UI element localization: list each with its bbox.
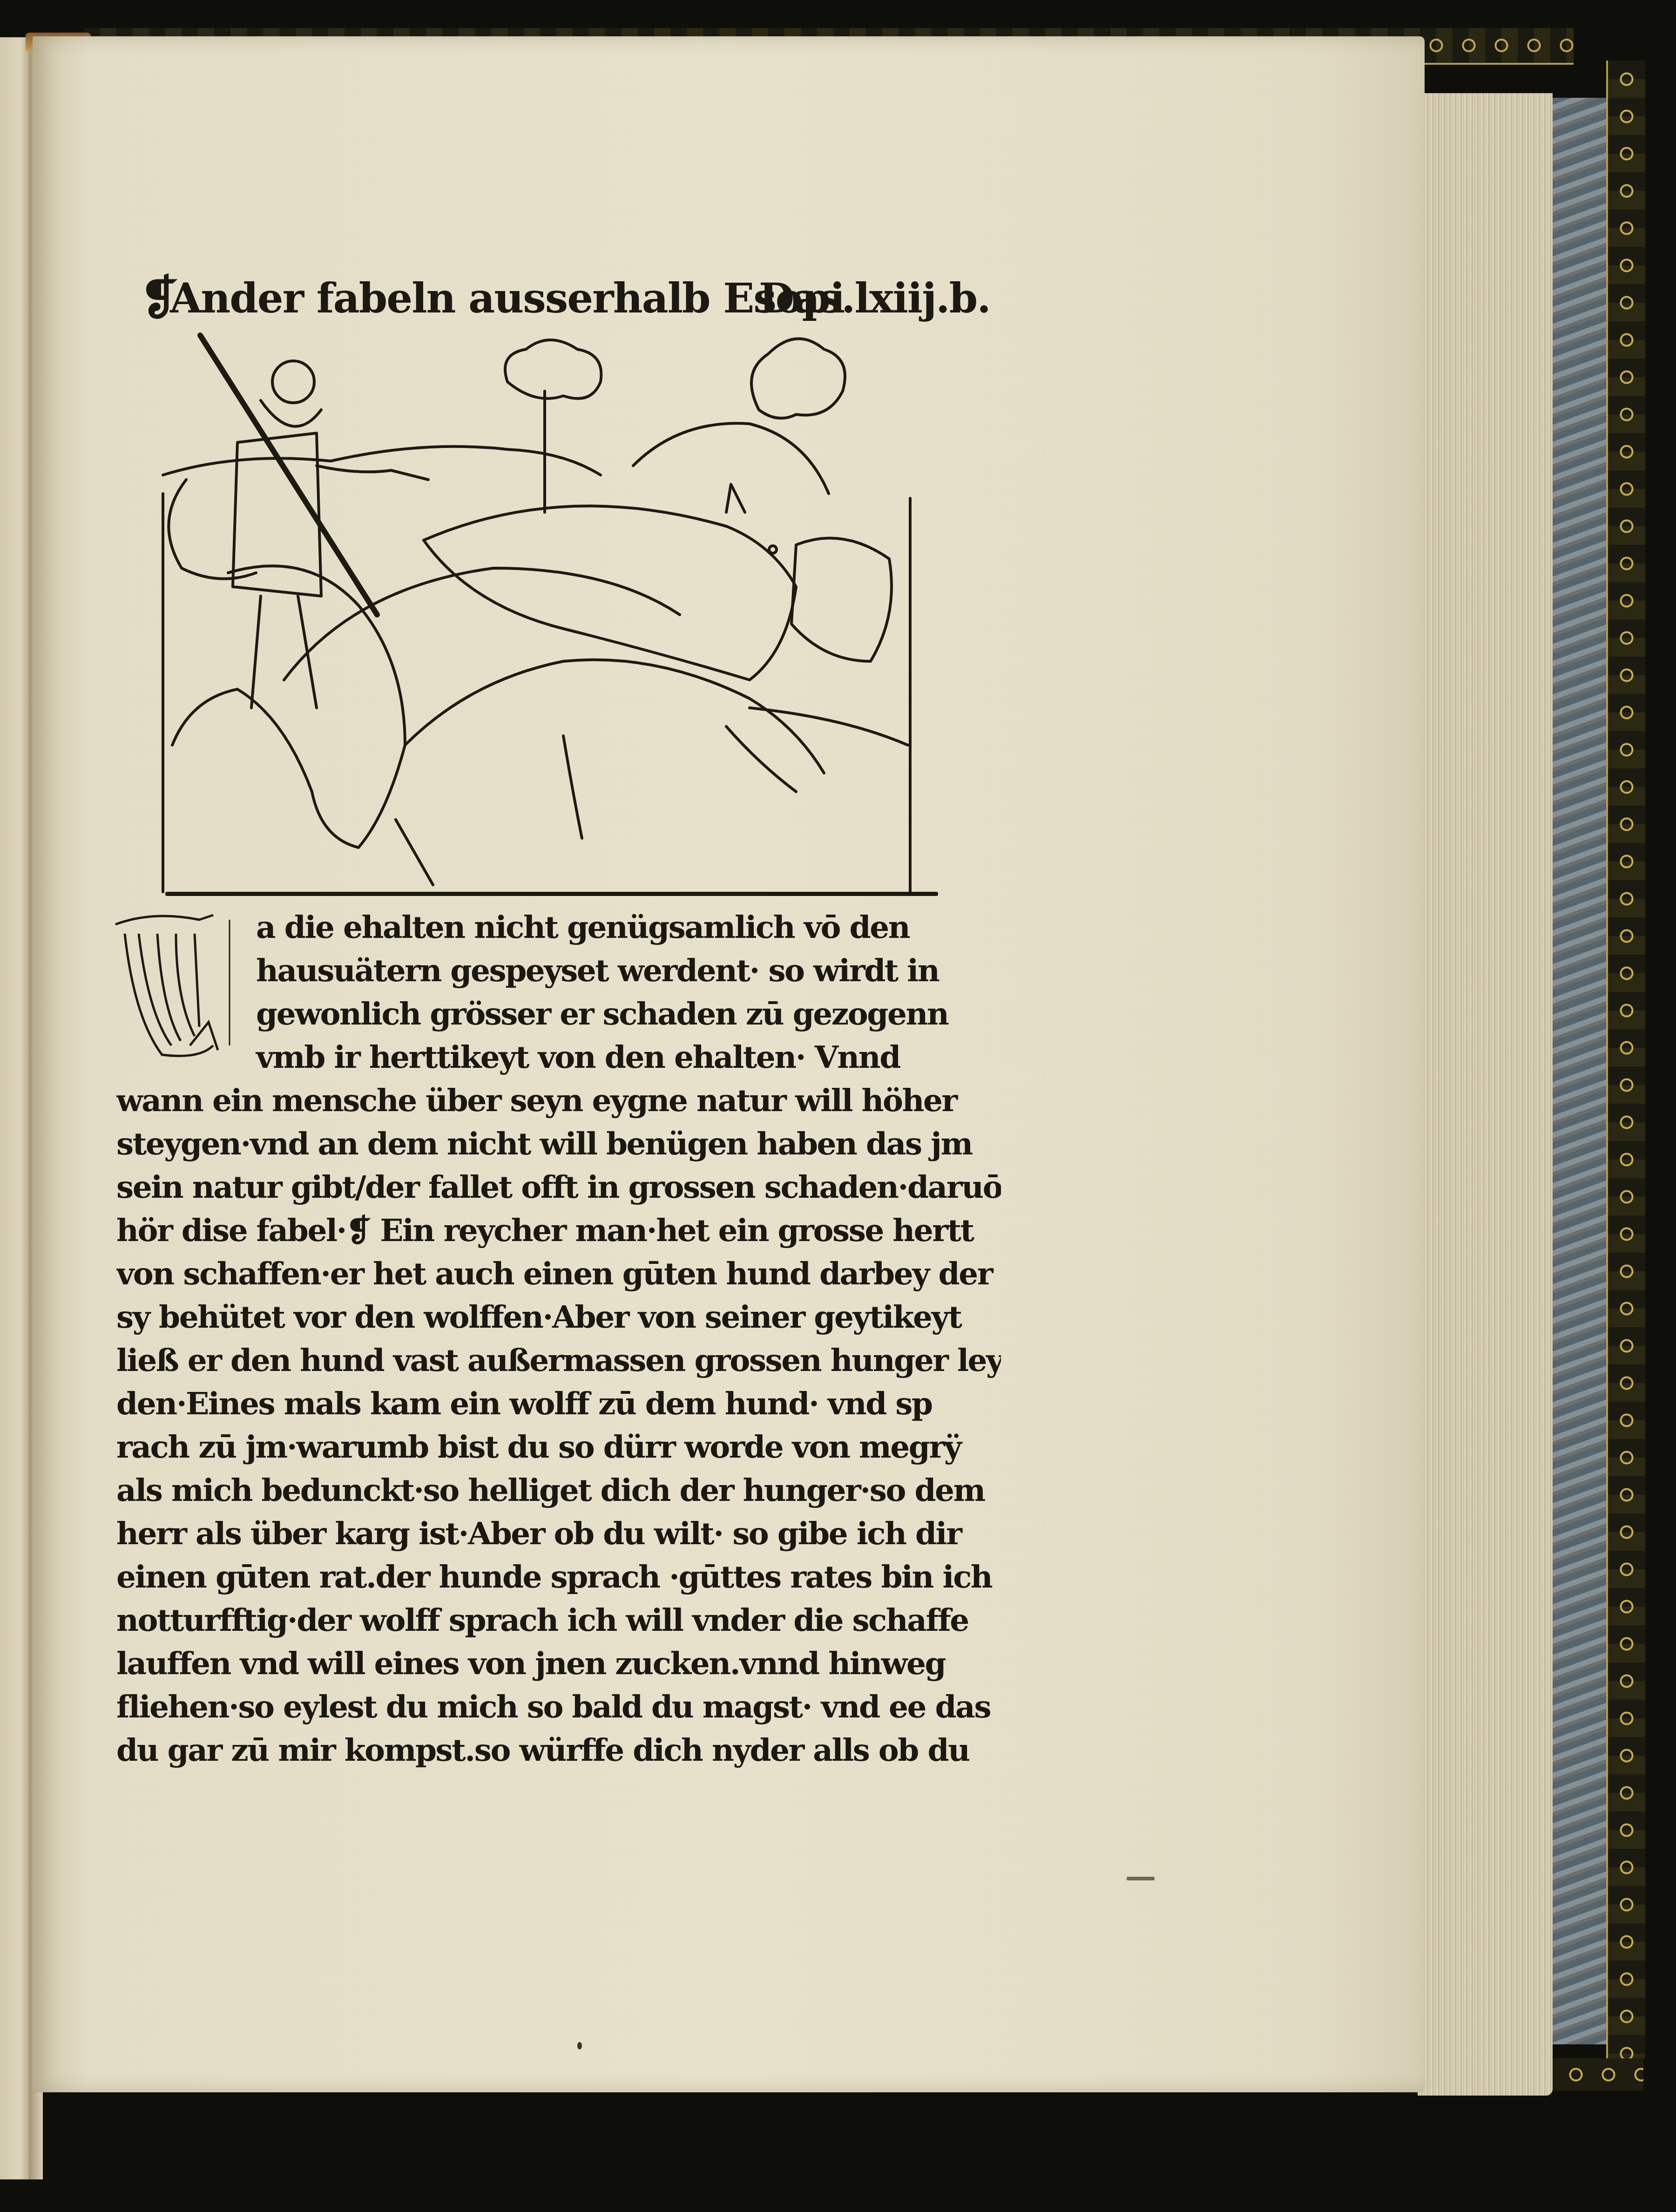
folio-number: Das.lxiij.b. <box>759 274 990 322</box>
ink-spot <box>577 2042 582 2049</box>
gilt-border-right <box>1606 61 1645 2058</box>
text-line: herr als über karg ist·Aber ob du wilt· … <box>116 1512 1001 1555</box>
text-line: hausuätern gespeyset werdent· so wirdt i… <box>116 949 1001 992</box>
running-head-title: Ander fabeln ausserhalb Esopi <box>170 274 845 322</box>
text-line: notturfftig·der wolff sprach ich will vn… <box>116 1599 1001 1642</box>
text-line: sein natur gibt/der fallet offt in gross… <box>116 1166 1001 1209</box>
text-line: vmb ir herttikeyt von den ehalten· Vnnd <box>116 1036 1001 1079</box>
woodcut-frame <box>163 494 910 892</box>
sheep-figure <box>791 538 892 661</box>
text-line: von schaffen·er het auch einen gūten hun… <box>116 1252 1001 1296</box>
text-line: lauffen vnd will eines von jnen zucken.v… <box>116 1642 1001 1685</box>
running-head: ❡ Ander fabeln ausserhalb Esopi Das.lxii… <box>135 270 982 326</box>
text-line: hör dise fabel·❡ Ein reycher man·het ein… <box>116 1209 1001 1252</box>
text-line: steygen·vnd an dem nicht will benügen ha… <box>116 1122 1001 1166</box>
dog-figure <box>169 480 824 885</box>
text-line: einen gūten rat.der hunde sprach ·gūttes… <box>116 1555 1001 1599</box>
body-text: a die ehalten nicht genügsamlich vō den … <box>116 906 1001 1772</box>
ink-mark <box>1127 1877 1155 1880</box>
text-line: rach zū jm·warumb bist du so dürr worde … <box>116 1425 1001 1469</box>
text-line: a die ehalten nicht genügsamlich vō den <box>116 906 1001 949</box>
tree <box>505 340 601 512</box>
text-line: sy behütet vor den wolffen·Aber von sein… <box>116 1296 1001 1339</box>
text-line: als mich bedunckt·so helliget dich der h… <box>116 1469 1001 1512</box>
woodcut-bottom-rule <box>165 892 938 896</box>
text-line: du gar zū mir kompst.so würffe dich nyde… <box>116 1729 1001 1772</box>
marbled-endpaper <box>1553 98 1606 2044</box>
facing-page-edge <box>0 37 29 2179</box>
shepherd-figure <box>200 335 428 708</box>
text-line: den·Eines mals kam ein wolff zū dem hund… <box>116 1382 1001 1425</box>
text-line: ließ er den hund vast außermassen grosse… <box>116 1339 1001 1382</box>
text-line: wann ein mensche über seyn eygne natur w… <box>116 1079 1001 1122</box>
page-edges <box>1418 93 1553 2096</box>
text-line: gewonlich grösser er schaden zū gezogenn <box>116 992 1001 1036</box>
bush <box>751 339 845 418</box>
woodcut-illustration <box>144 326 926 899</box>
text-line: fliehen·so eylest du mich so bald du mag… <box>116 1685 1001 1729</box>
